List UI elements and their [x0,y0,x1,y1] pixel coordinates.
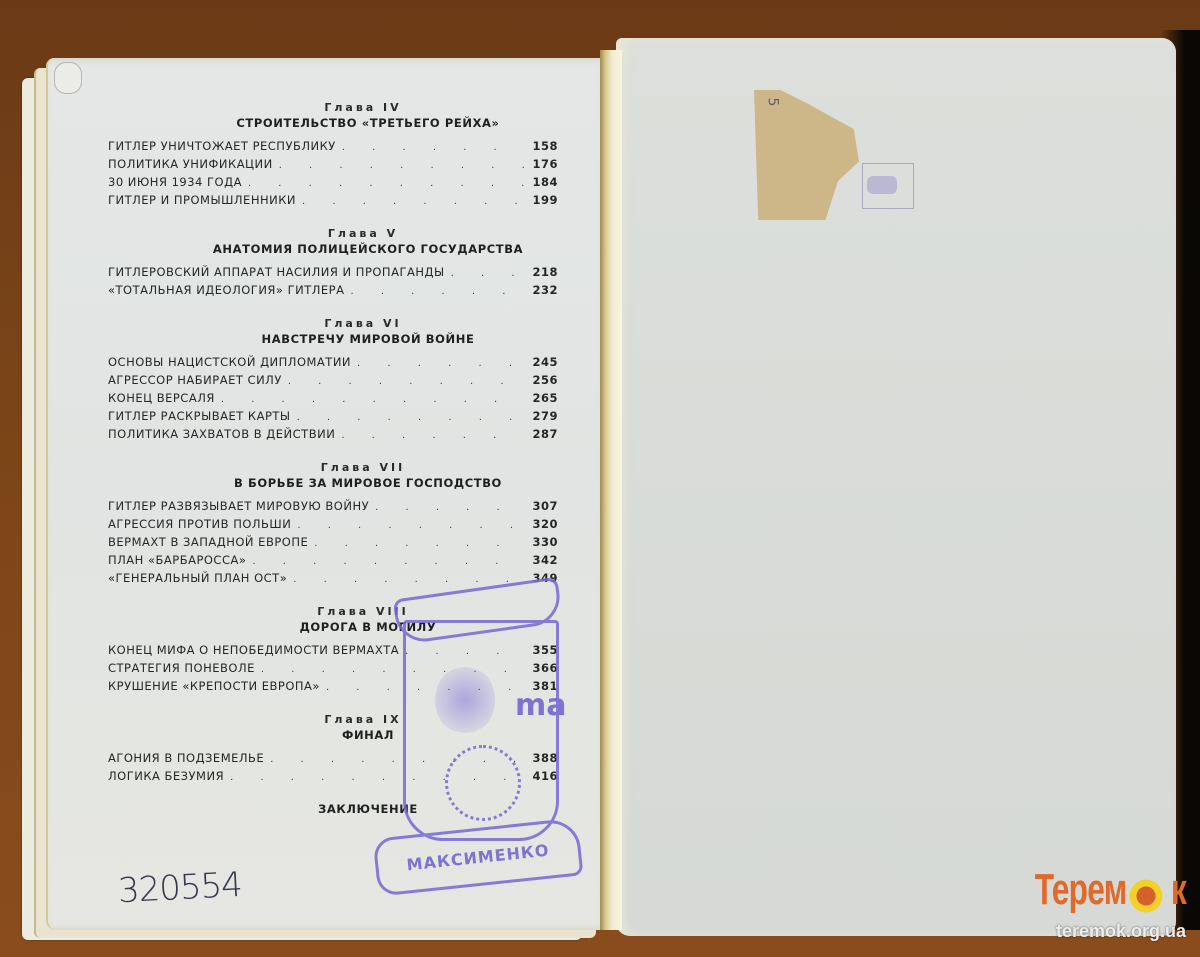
watermark-logo-right: к [1171,868,1186,912]
site-watermark: Теремк teremok.org.ua [999,868,1186,942]
toc-entry: ПОЛИТИКА ЗАХВАТОВ В ДЕЙСТВИИ287 [108,425,558,443]
chapter-number: Глава V [168,226,558,241]
chapter-iv: Глава IV СТРОИТЕЛЬСТВО «ТРЕТЬЕГО РЕЙХА» … [108,100,558,209]
book-spine-gutter [600,50,622,930]
chapter-title: В БОРЬБЕ ЗА МИРОВОЕ ГОСПОДСТВО [178,475,558,493]
chapter-vi: Глава VI НАВСТРЕЧУ МИРОВОЙ ВОЙНЕ ОСНОВЫ … [108,316,558,443]
toc-entry: ГИТЛЕР РАСКРЫВАЕТ КАРТЫ279 [108,407,558,425]
toc-entry: 30 ИЮНЯ 1934 ГОДА184 [108,173,558,191]
stamp-name-banner: МАКСИМЕНКО [373,817,584,896]
stamp-side-letters: ma [515,690,545,722]
faint-stamp [862,163,914,209]
toc-entry: ГИТЛЕР УНИЧТОЖАЕТ РЕСПУБЛИКУ158 [108,137,558,155]
chapter-v: Глава V АНАТОМИЯ ПОЛИЦЕЙСКОГО ГОСУДАРСТВ… [108,226,558,299]
globe-icon [445,745,521,821]
sun-icon [1127,877,1165,915]
toc-entry: ПЛАН «БАРБАРОССА»342 [108,551,558,569]
chapter-title: НАВСТРЕЧУ МИРОВОЙ ВОЙНЕ [178,331,558,349]
chapter-vii: Глава VII В БОРЬБЕ ЗА МИРОВОЕ ГОСПОДСТВО… [108,460,558,587]
handwritten-inventory-number: 320554 [117,865,243,911]
toc-entry: КОНЕЦ ВЕРСАЛЯ265 [108,389,558,407]
toc-entry: ПОЛИТИКА УНИФИКАЦИИ176 [108,155,558,173]
watermark-logo-left: Терем [1035,868,1127,912]
tape-handwritten-mark: 5 [764,98,780,107]
toc-entry: «ТОТАЛЬНАЯ ИДЕОЛОГИЯ» ГИТЛЕРА232 [108,281,558,299]
folded-corner [54,62,82,94]
chapter-number: Глава VI [168,316,558,331]
toc-entry: ВЕРМАХТ В ЗАПАДНОЙ ЕВРОПЕ330 [108,533,558,551]
toc-entry: АГРЕССОР НАБИРАЕТ СИЛУ256 [108,371,558,389]
chapter-number: Глава VII [168,460,558,475]
toc-entry: ГИТЛЕР РАЗВЯЗЫВАЕТ МИРОВУЮ ВОЙНУ307 [108,497,558,515]
chapter-number: Глава IV [168,100,558,115]
toc-entry: ГИТЛЕРОВСКИЙ АППАРАТ НАСИЛИЯ И ПРОПАГАНД… [108,263,558,281]
stamp-figure-icon [435,665,495,735]
toc-entry: ГИТЛЕР И ПРОМЫШЛЕННИКИ199 [108,191,558,209]
chapter-title: АНАТОМИЯ ПОЛИЦЕЙСКОГО ГОСУДАРСТВА [178,241,558,259]
toc-entry: АГРЕССИЯ ПРОТИВ ПОЛЬШИ320 [108,515,558,533]
watermark-url: teremok.org.ua [999,921,1186,942]
library-stamp: ma МАКСИМЕНКО [375,580,595,910]
toc-entry: ОСНОВЫ НАЦИСТСКОЙ ДИПЛОМАТИИ245 [108,353,558,371]
chapter-title: СТРОИТЕЛЬСТВО «ТРЕТЬЕГО РЕЙХА» [178,115,558,133]
